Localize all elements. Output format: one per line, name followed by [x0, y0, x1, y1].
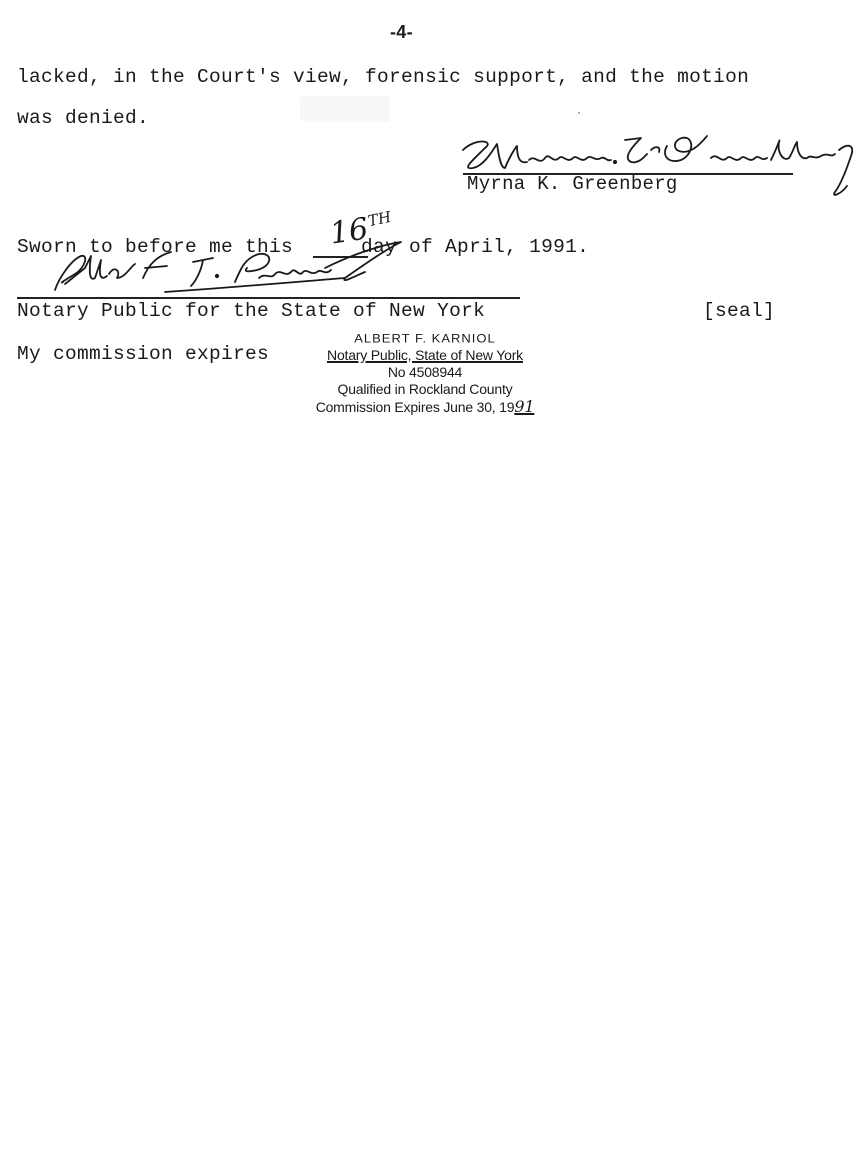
- commission-label: My commission expires: [17, 343, 269, 365]
- stamp-expiry-year: 91: [514, 397, 534, 416]
- stamp-line-title: Notary Public, State of New York: [290, 347, 560, 364]
- stamp-expiry-prefix: Commission Expires June 30, 19: [316, 399, 515, 415]
- notary-stamp: ALBERT F. KARNIOL Notary Public, State o…: [290, 330, 560, 416]
- notary-signature-icon: [45, 238, 425, 298]
- signer-name: Myrna K. Greenberg: [467, 173, 678, 195]
- body-text-line: was denied.: [17, 107, 149, 129]
- stamp-line-expiry: Commission Expires June 30, 1991: [290, 398, 560, 416]
- scan-speck: [578, 112, 580, 114]
- stamp-notary-name: ALBERT F. KARNIOL: [290, 331, 560, 346]
- stamp-line-county: Qualified in Rockland County: [290, 381, 560, 398]
- seal-label: [seal]: [703, 300, 775, 322]
- stamp-line-number: No 4508944: [290, 364, 560, 381]
- notary-signature-line: [17, 297, 520, 299]
- scan-speck: [300, 96, 390, 122]
- notary-title: Notary Public for the State of New York: [17, 300, 485, 322]
- page-number: -4-: [390, 22, 413, 43]
- body-text-line: lacked, in the Court's view, forensic su…: [17, 66, 749, 88]
- day-suffix: TH: [366, 208, 392, 230]
